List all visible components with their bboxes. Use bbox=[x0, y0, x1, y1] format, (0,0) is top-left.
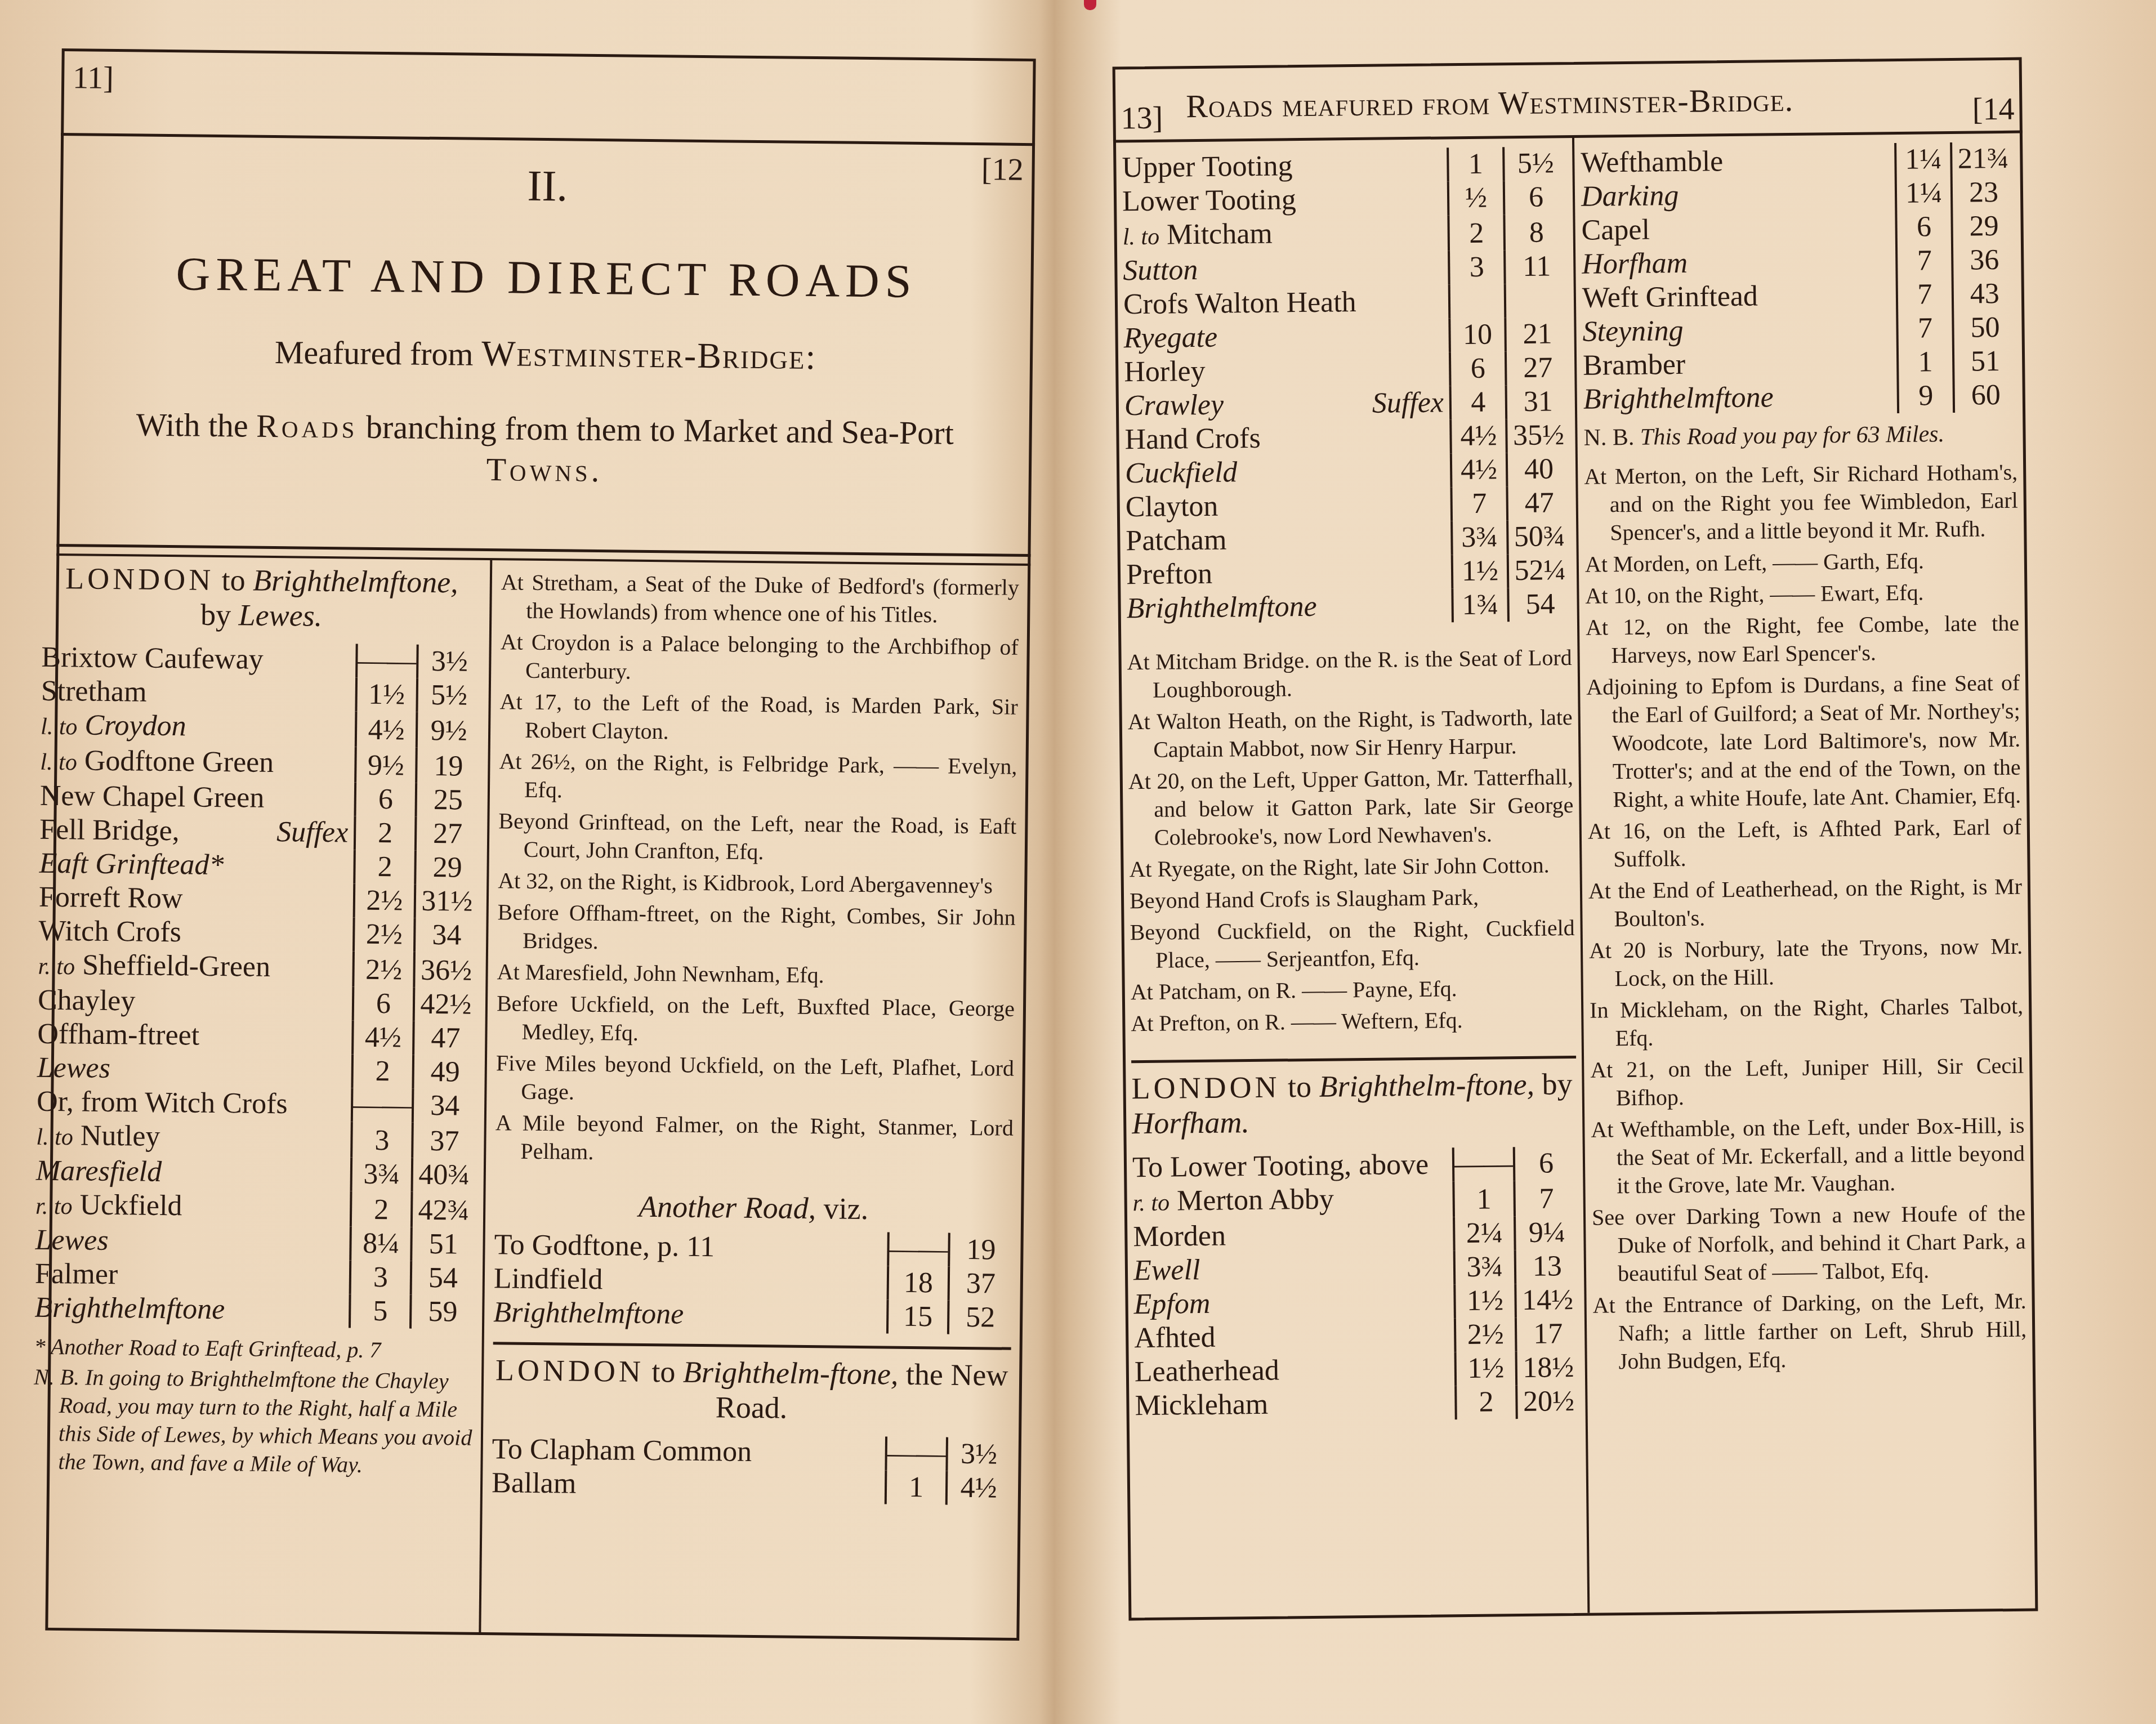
place-label: Horley bbox=[1124, 355, 1206, 388]
total-miles: 51 bbox=[411, 1227, 475, 1262]
place-name: Lewes bbox=[37, 1051, 352, 1088]
stage-miles: 3¾ bbox=[1454, 1250, 1516, 1284]
chapter-numeral: II. bbox=[60, 155, 1035, 216]
place-label: Lower Tooting bbox=[1122, 184, 1296, 217]
place-name: Stretham bbox=[41, 675, 356, 712]
total-miles: 21¾ bbox=[1951, 142, 2015, 176]
place-name: Crofs Walton Heath bbox=[1123, 284, 1450, 321]
place-name: Chayley bbox=[38, 984, 354, 1021]
note-entry: At 26½, on the Right, is Felbridge Park,… bbox=[499, 747, 1017, 809]
place-label: Or, from Witch Crofs bbox=[37, 1086, 288, 1120]
place-label: Mitcham bbox=[1167, 218, 1273, 251]
place-label: Witch Crofs bbox=[38, 915, 181, 949]
stage-miles: 1 bbox=[1898, 345, 1954, 379]
stage-miles: 2 bbox=[351, 1191, 412, 1227]
another-road-rest: viz. bbox=[823, 1191, 868, 1226]
stage-miles: 3¾ bbox=[351, 1158, 413, 1192]
heading-by: by bbox=[200, 598, 231, 632]
place-name: Horfham bbox=[1582, 244, 1897, 282]
stage-miles: 2½ bbox=[1455, 1317, 1516, 1352]
stage-miles: 2½ bbox=[354, 918, 415, 952]
table-row: To Lower Tooting, above——6 bbox=[1132, 1146, 1578, 1185]
heading-dest: Brighthelmftone, bbox=[253, 564, 458, 600]
place-label: Ballam bbox=[492, 1467, 577, 1500]
stage-miles: 4½ bbox=[1450, 419, 1507, 453]
total-miles: 59 bbox=[410, 1295, 474, 1329]
total-miles: 3½ bbox=[947, 1437, 1010, 1472]
section-rule bbox=[493, 1342, 1011, 1350]
place-label: Lindfield bbox=[494, 1262, 603, 1296]
note-entry: At 12, on the Right, fee Combe, late the… bbox=[1586, 609, 2020, 670]
table-row: Brighthelmftone1552 bbox=[493, 1296, 1012, 1335]
place-name: Brixtow Caufeway bbox=[41, 641, 357, 678]
subtitle-place: Westminster-Bridge: bbox=[481, 333, 817, 377]
place-label: Falmer bbox=[35, 1258, 118, 1291]
subtitle2-a: With the bbox=[136, 406, 248, 444]
left-running-head: 11] [12 bbox=[61, 48, 1036, 146]
place-label: Lewes bbox=[35, 1224, 109, 1257]
table-row: Brighthelmftone960 bbox=[1583, 378, 2017, 417]
itinerary-table-continued: Upper Tooting15½Lower Tooting½6l. to Mit… bbox=[1122, 146, 1572, 626]
place-name: To Lower Tooting, above bbox=[1132, 1147, 1454, 1185]
stage-miles: —— bbox=[1453, 1147, 1515, 1181]
place-name: Maresfield bbox=[36, 1154, 352, 1191]
place-label: To Clapham Common bbox=[492, 1433, 752, 1468]
nb-chayley: N. B. In going to Brighthelmftone the Ch… bbox=[33, 1363, 473, 1480]
note-entry: Before Offham-ftreet, on the Right, Comb… bbox=[497, 898, 1016, 960]
table-row: Witch Crofs2½34 bbox=[38, 914, 478, 953]
total-miles: 11 bbox=[1505, 249, 1568, 284]
place-name: Lower Tooting bbox=[1122, 181, 1449, 218]
place-label: Morden bbox=[1133, 1220, 1226, 1253]
branch-direction: l. to bbox=[41, 714, 78, 740]
place-label: Weft Grinftead bbox=[1582, 280, 1758, 314]
page-number-11: 11] bbox=[73, 60, 114, 96]
table-row: Ewell3¾13 bbox=[1133, 1249, 1579, 1288]
stage-miles: 6 bbox=[1896, 210, 1952, 244]
total-miles: 36 bbox=[1952, 243, 2016, 278]
stage-miles: 1½ bbox=[1456, 1351, 1517, 1386]
place-name: Brighthelmftone bbox=[1126, 588, 1453, 626]
crawley-notes: At Mitcham Bridge. on the R. is the Seat… bbox=[1127, 644, 1575, 1038]
stage-miles bbox=[1449, 284, 1506, 318]
stage-miles: —— bbox=[356, 644, 418, 678]
place-name: Brighthelmftone bbox=[493, 1296, 888, 1333]
chapter-title-block: II. GREAT AND DIRECT ROADS Meafured from… bbox=[57, 139, 1035, 554]
stage-miles: 3 bbox=[351, 1122, 413, 1158]
heading-caps: LONDON bbox=[65, 561, 215, 597]
table-row: Fell Bridge,Suffex227 bbox=[39, 813, 479, 851]
place-name: Brighthelmftone bbox=[34, 1291, 350, 1328]
stage-miles: —— bbox=[352, 1088, 413, 1123]
total-miles: 31½ bbox=[415, 885, 479, 919]
total-miles: 34 bbox=[413, 1089, 476, 1123]
branch-direction: r. to bbox=[38, 954, 75, 980]
table-row: Upper Tooting15½ bbox=[1122, 146, 1567, 185]
place-label: Lewes bbox=[37, 1052, 111, 1084]
table-row: Morden2¼9¼ bbox=[1133, 1216, 1578, 1254]
place-name: Ewell bbox=[1133, 1250, 1455, 1288]
table-row: r. to Merton Abby17 bbox=[1132, 1180, 1578, 1220]
place-label: Mickleham bbox=[1135, 1388, 1268, 1422]
total-miles: 35½ bbox=[1506, 418, 1570, 453]
place-label: Brixtow Caufeway bbox=[41, 641, 264, 676]
chapter-title: GREAT AND DIRECT ROADS bbox=[59, 245, 1034, 310]
place-label: Hand Crofs bbox=[1124, 422, 1261, 456]
place-label: New Chapel Green bbox=[40, 780, 265, 814]
nb-text: This Road you pay for 63 Miles. bbox=[1640, 421, 1945, 450]
heading-to: to bbox=[651, 1355, 676, 1388]
total-miles: 13 bbox=[1515, 1249, 1579, 1284]
place-name: Offham-ftreet bbox=[37, 1017, 353, 1055]
place-label: Sutton bbox=[1123, 254, 1198, 287]
stage-miles: 4½ bbox=[356, 712, 417, 748]
horsham-heading: LONDON to Brighthelm-ftone, by Horfham. bbox=[1131, 1066, 1577, 1141]
place-label: Epfom bbox=[1133, 1288, 1210, 1320]
stage-miles: 15 bbox=[887, 1300, 949, 1334]
place-label: Merton Abby bbox=[1177, 1183, 1334, 1217]
total-miles: 37 bbox=[949, 1267, 1012, 1301]
table-row: Horfham736 bbox=[1582, 243, 2016, 282]
table-row: Patcham3¾50¾ bbox=[1126, 520, 1571, 558]
table-row: Epfom1½14½ bbox=[1133, 1283, 1579, 1321]
place-label: Nutley bbox=[81, 1120, 160, 1153]
table-row: To Clapham Common——3½ bbox=[492, 1432, 1010, 1472]
place-label: Capel bbox=[1581, 214, 1650, 247]
place-name: r. to Uckfield bbox=[35, 1188, 351, 1227]
total-miles: 19 bbox=[416, 748, 480, 784]
stage-miles: 5 bbox=[350, 1294, 411, 1329]
stage-miles: 4 bbox=[1450, 385, 1507, 419]
table-row: l. to Godftone Green9½19 bbox=[40, 744, 480, 784]
itinerary-table-horsham: To Lower Tooting, above——6r. to Merton A… bbox=[1132, 1146, 1580, 1423]
horsham-continued-column: Wefthamble1¼21¾Darking1¼23Capel629Horfha… bbox=[1581, 142, 2027, 1379]
total-miles: 60 bbox=[1953, 378, 2017, 413]
table-row: Hand Crofs4½35½ bbox=[1124, 418, 1570, 457]
note-entry: At 32, on the Right, is Kidbrook, Lord A… bbox=[498, 867, 1016, 900]
total-miles: 20½ bbox=[1516, 1384, 1580, 1419]
table-row: Weft Grinftead743 bbox=[1582, 277, 2016, 315]
total-miles: 9¼ bbox=[1515, 1216, 1578, 1250]
place-name: Eaft Grinftead* bbox=[39, 847, 355, 884]
place-label: Chayley bbox=[38, 984, 136, 1017]
route-lewes: LONDON to Brighthelmftone, by Lewes. Bri… bbox=[33, 555, 481, 1482]
place-label: Eaft Grinftead* bbox=[39, 847, 224, 881]
total-miles: 3½ bbox=[417, 645, 481, 679]
table-row: Forreft Row2½31½ bbox=[39, 881, 479, 919]
another-road-it: Another Road, bbox=[639, 1190, 816, 1225]
heading-dest: Brighthelm-ftone, bbox=[1319, 1068, 1534, 1104]
place-label: To Lower Tooting, above bbox=[1132, 1149, 1429, 1184]
itinerary-table-horsham-continued: Wefthamble1¼21¾Darking1¼23Capel629Horfha… bbox=[1581, 142, 2017, 417]
total-miles: 47 bbox=[413, 1021, 477, 1056]
note-entry: At 20 is Norbury, late the Tryons, now M… bbox=[1589, 932, 2023, 993]
stage-miles: 1½ bbox=[1452, 554, 1508, 588]
table-row: Afhted2½17 bbox=[1134, 1317, 1579, 1355]
table-row: CrawleySuffex431 bbox=[1124, 385, 1570, 423]
place-name: Morden bbox=[1133, 1217, 1454, 1254]
total-miles: 52¼ bbox=[1508, 553, 1572, 588]
note-entry: Beyond Grinftead, on the Left, near the … bbox=[498, 807, 1017, 869]
place-label: Forreft Row bbox=[39, 881, 183, 915]
note-entry: Adjoining to Epfom is Durdans, a fine Se… bbox=[1586, 669, 2021, 814]
table-row: r. to Sheffield-Green2½36½ bbox=[38, 948, 477, 988]
table-row: Horley627 bbox=[1124, 351, 1569, 389]
table-row: Darking1¼23 bbox=[1581, 176, 2015, 214]
total-miles: 23 bbox=[1952, 176, 2015, 210]
total-miles: 4½ bbox=[947, 1471, 1010, 1506]
stage-miles: 7 bbox=[1896, 244, 1953, 278]
place-name: Brighthelmftone bbox=[1583, 379, 1899, 417]
table-row: Offham-ftreet4½47 bbox=[37, 1017, 477, 1056]
another-road-heading: Another Road, viz. bbox=[494, 1187, 1013, 1228]
section-rule bbox=[1131, 1056, 1576, 1063]
heading-via: Lewes. bbox=[238, 598, 322, 633]
total-miles: 54 bbox=[411, 1261, 475, 1296]
heading-by: by bbox=[1542, 1067, 1573, 1101]
subtitle2-roads: Roads bbox=[256, 408, 358, 445]
place-name: l. to Godftone Green bbox=[40, 744, 356, 783]
route-lewes-footnotes: * Another Road to Eaft Grinftead, p. 7 N… bbox=[33, 1333, 474, 1480]
place-name: Epfom bbox=[1133, 1284, 1455, 1321]
place-label: Steyning bbox=[1582, 315, 1684, 348]
route-lewes-heading: LONDON to Brighthelmftone, by Lewes. bbox=[42, 561, 481, 635]
place-label: Horfham bbox=[1582, 247, 1688, 280]
place-name: Patcham bbox=[1126, 521, 1452, 558]
stage-miles: 2 bbox=[355, 816, 416, 851]
right-running-head: 13] Roads meafured from Westminster-Brid… bbox=[1113, 57, 2023, 143]
place-label: Ryegate bbox=[1123, 321, 1217, 355]
total-miles: 31 bbox=[1506, 385, 1570, 419]
place-name: Fell Bridge,Suffex bbox=[39, 813, 355, 850]
note-entry: A Mile beyond Falmer, on the Right, Stan… bbox=[495, 1109, 1014, 1171]
place-label: Ewell bbox=[1133, 1254, 1200, 1287]
place-name: Bramber bbox=[1583, 346, 1898, 383]
place-name: CrawleySuffex bbox=[1124, 386, 1451, 423]
place-name: Sutton bbox=[1123, 251, 1449, 288]
county-label: Suffex bbox=[1372, 386, 1450, 420]
note-entry: See over Darking Town a new Houfe of the… bbox=[1592, 1199, 2026, 1288]
nb-toll: N. B. This Road you pay for 63 Miles. bbox=[1583, 420, 2017, 452]
place-label: Sheffield-Green bbox=[82, 949, 271, 983]
stage-miles: 7 bbox=[1451, 486, 1507, 521]
ribbon-bookmark bbox=[1084, 0, 1096, 10]
place-name: Witch Crofs bbox=[38, 914, 354, 952]
place-name: l. to Croydon bbox=[41, 708, 356, 747]
table-row: To Godftone, p. 11——19 bbox=[494, 1228, 1012, 1267]
table-row: Capel629 bbox=[1581, 209, 2015, 248]
place-label: Leatherhead bbox=[1135, 1355, 1280, 1388]
place-label: Patcham bbox=[1126, 524, 1227, 557]
place-name: Cuckfield bbox=[1125, 453, 1452, 490]
stage-miles: 2 bbox=[1448, 215, 1505, 251]
county-label: Suffex bbox=[276, 815, 354, 850]
table-row: Cuckfield4½40 bbox=[1125, 452, 1570, 490]
new-road-heading: LONDON to Brighthelm-ftone, the New Road… bbox=[492, 1352, 1011, 1428]
table-row: Prefton1½52¼ bbox=[1126, 553, 1572, 592]
place-name: Darking bbox=[1581, 177, 1896, 214]
place-name: Forreft Row bbox=[39, 881, 355, 918]
place-name: Ryegate bbox=[1123, 318, 1450, 355]
place-name: Mickleham bbox=[1135, 1386, 1456, 1423]
note-entry: At Wefthamble, on the Left, under Box-Hi… bbox=[1591, 1111, 2025, 1200]
table-row: Lewes8¼51 bbox=[35, 1223, 475, 1262]
place-label: Brighthelmftone bbox=[1126, 591, 1317, 625]
place-name: Wefthamble bbox=[1581, 143, 1896, 180]
table-row: Or, from Witch Crofs——34 bbox=[37, 1085, 476, 1123]
note-entry: At Merton, on the Left, Sir Richard Hoth… bbox=[1584, 458, 2019, 547]
note-entry: At Patcham, on R. —— Payne, Efq. bbox=[1131, 973, 1575, 1006]
place-name: To Godftone, p. 11 bbox=[494, 1228, 889, 1266]
table-row: l. to Croydon4½9½ bbox=[41, 708, 480, 748]
total-miles: 40¾ bbox=[412, 1158, 476, 1192]
nb-prefix: N. B. bbox=[1583, 425, 1634, 451]
place-name: Prefton bbox=[1126, 555, 1453, 592]
left-notes: At Stretham, a Seat of the Duke of Bedfo… bbox=[495, 568, 1019, 1171]
table-row: Bramber151 bbox=[1583, 345, 2017, 383]
total-miles: 18½ bbox=[1516, 1351, 1580, 1385]
note-entry: At Ryegate, on the Right, late Sir John … bbox=[1129, 851, 1574, 883]
total-miles: 6 bbox=[1504, 180, 1568, 215]
place-label: Upper Tooting bbox=[1122, 150, 1293, 184]
total-miles: 49 bbox=[413, 1055, 476, 1089]
table-row: Maresfield3¾40¾ bbox=[36, 1154, 476, 1192]
heading-caps: LONDON bbox=[496, 1353, 645, 1388]
total-miles: 8 bbox=[1504, 214, 1568, 250]
total-miles bbox=[1505, 283, 1569, 318]
stage-miles: 6 bbox=[353, 987, 414, 1021]
place-name: Horley bbox=[1124, 352, 1450, 389]
heading-dest: Brighthelm-ftone, bbox=[683, 1355, 899, 1391]
itinerary-table-another-road: To Godftone, p. 11——19Lindfield1837Brigh… bbox=[493, 1228, 1012, 1335]
running-head-title: Roads meafured from Westminster-Bridge. bbox=[1186, 81, 1794, 125]
note-entry: At Morden, on Left, —— Garth, Efq. bbox=[1585, 546, 2019, 579]
place-label: Darking bbox=[1581, 180, 1679, 213]
table-row: Clayton747 bbox=[1125, 486, 1570, 524]
place-name: Falmer bbox=[35, 1257, 351, 1294]
place-label: Cuckfield bbox=[1125, 456, 1238, 489]
place-name: Capel bbox=[1581, 211, 1896, 248]
heading-caps: LONDON bbox=[1131, 1070, 1280, 1106]
stage-miles: 4½ bbox=[352, 1021, 414, 1055]
place-name: Hand Crofs bbox=[1124, 419, 1451, 457]
table-row: l. to Mitcham28 bbox=[1122, 214, 1568, 254]
place-label: Afhted bbox=[1134, 1321, 1216, 1355]
place-label: Stretham bbox=[41, 675, 147, 708]
table-row: Eaft Grinftead*229 bbox=[39, 847, 479, 885]
note-entry: At 16, on the Left, is Afhted Park, Earl… bbox=[1588, 813, 2022, 874]
stage-miles: 10 bbox=[1449, 318, 1506, 352]
total-miles: 42½ bbox=[414, 988, 477, 1022]
itinerary-table-new-road: To Clapham Common——3½Ballam14½ bbox=[492, 1432, 1010, 1506]
right-page: 13] Roads meafured from Westminster-Brid… bbox=[1113, 57, 2038, 1621]
heading-via: Horfham. bbox=[1132, 1105, 1249, 1140]
horsham-notes: At Merton, on the Left, Sir Richard Hoth… bbox=[1584, 458, 2027, 1376]
place-label: Clayton bbox=[1125, 490, 1218, 524]
note-entry: Before Uckfield, on the Left, Buxfted Pl… bbox=[496, 989, 1015, 1051]
branch-direction: r. to bbox=[1132, 1190, 1169, 1217]
place-name: Or, from Witch Crofs bbox=[37, 1085, 352, 1122]
total-miles: 17 bbox=[1516, 1317, 1579, 1351]
total-miles: 21 bbox=[1505, 317, 1569, 351]
place-label: Brighthelmftone bbox=[493, 1296, 684, 1330]
stage-miles: 1 bbox=[1453, 1181, 1515, 1217]
total-miles: 50¾ bbox=[1507, 520, 1571, 554]
note-entry: At Prefton, on R. —— Weftern, Efq. bbox=[1131, 1005, 1575, 1038]
total-miles: 54 bbox=[1508, 587, 1572, 622]
place-label: Crawley bbox=[1124, 388, 1224, 422]
place-label: To Godftone, p. 11 bbox=[494, 1229, 715, 1263]
place-name: Ballam bbox=[492, 1466, 886, 1504]
place-name: Weft Grinftead bbox=[1582, 278, 1898, 315]
table-row: Chayley642½ bbox=[38, 984, 477, 1022]
total-miles: 47 bbox=[1507, 486, 1570, 520]
footnote-grinstead: * Another Road to Eaft Grinftead, p. 7 bbox=[34, 1333, 473, 1365]
stage-miles: 7 bbox=[1897, 278, 1953, 312]
place-label: Croydon bbox=[84, 709, 186, 743]
stage-miles: 18 bbox=[888, 1266, 949, 1301]
subtitle2-b: branching from them to Market and Sea-Po… bbox=[366, 409, 954, 452]
stage-miles: 6 bbox=[1450, 351, 1506, 386]
stage-miles: 1¼ bbox=[1895, 142, 1952, 177]
stage-miles: —— bbox=[886, 1437, 947, 1471]
page-number-13: 13] bbox=[1121, 100, 1163, 137]
note-entry: At Walton Heath, on the Right, is Tadwor… bbox=[1128, 703, 1573, 764]
stage-miles: 1 bbox=[1448, 147, 1504, 181]
table-row: Ryegate1021 bbox=[1123, 317, 1569, 355]
table-row: Ballam14½ bbox=[492, 1466, 1010, 1506]
chapter-subtitle: Meafured from Westminster-Bridge: bbox=[59, 328, 1033, 380]
stage-miles: —— bbox=[888, 1232, 949, 1267]
total-miles: 7 bbox=[1514, 1180, 1578, 1216]
note-entry: At Croydon is a Palace belonging to the … bbox=[500, 628, 1019, 690]
subtitle-prefix: Meafured from bbox=[275, 334, 474, 373]
total-miles: 36½ bbox=[414, 952, 477, 988]
note-entry: At 20, on the Left, Upper Gatton, Mr. Ta… bbox=[1128, 763, 1574, 852]
table-row: Lewes249 bbox=[37, 1051, 476, 1089]
place-name: Lewes bbox=[35, 1223, 351, 1261]
place-label: Maresfield bbox=[36, 1155, 162, 1188]
stage-miles: 1¼ bbox=[1896, 176, 1952, 211]
place-name: New Chapel Green bbox=[40, 779, 356, 816]
heading-to: to bbox=[221, 563, 245, 597]
left-page: 11] [12 II. GREAT AND DIRECT ROADS Meafu… bbox=[45, 48, 1035, 1641]
place-label: Godftone Green bbox=[84, 745, 274, 779]
table-row: Stretham1½5½ bbox=[41, 675, 480, 713]
total-miles: 50 bbox=[1953, 311, 2016, 345]
place-name: r. to Sheffield-Green bbox=[38, 948, 354, 987]
total-miles: 5½ bbox=[417, 678, 480, 713]
left-page-notes-column: At Stretham, a Seat of the Duke of Bedfo… bbox=[492, 568, 1019, 1506]
total-miles: 42¾ bbox=[412, 1192, 475, 1228]
stage-miles: 2½ bbox=[353, 952, 414, 988]
total-miles: 43 bbox=[1953, 277, 2016, 311]
note-entry: Beyond Hand Crofs is Slaugham Park, bbox=[1130, 882, 1574, 915]
place-name: Steyning bbox=[1582, 312, 1898, 349]
stage-miles: 1½ bbox=[1454, 1284, 1516, 1318]
place-name: l. to Mitcham bbox=[1122, 215, 1449, 254]
stage-miles: 1 bbox=[886, 1471, 947, 1505]
note-entry: At Maresfield, John Newnham, Efq. bbox=[497, 958, 1015, 991]
page-number-14: [14 bbox=[1972, 91, 2014, 128]
branch-direction: l. to bbox=[1123, 224, 1160, 251]
stage-miles: 3 bbox=[1449, 250, 1505, 284]
place-label: Brighthelmftone bbox=[34, 1292, 225, 1326]
total-miles: 52 bbox=[948, 1301, 1012, 1335]
table-row: Brighthelmftone559 bbox=[34, 1291, 474, 1329]
place-name: Upper Tooting bbox=[1122, 148, 1448, 185]
stage-miles: 8¼ bbox=[350, 1227, 412, 1261]
